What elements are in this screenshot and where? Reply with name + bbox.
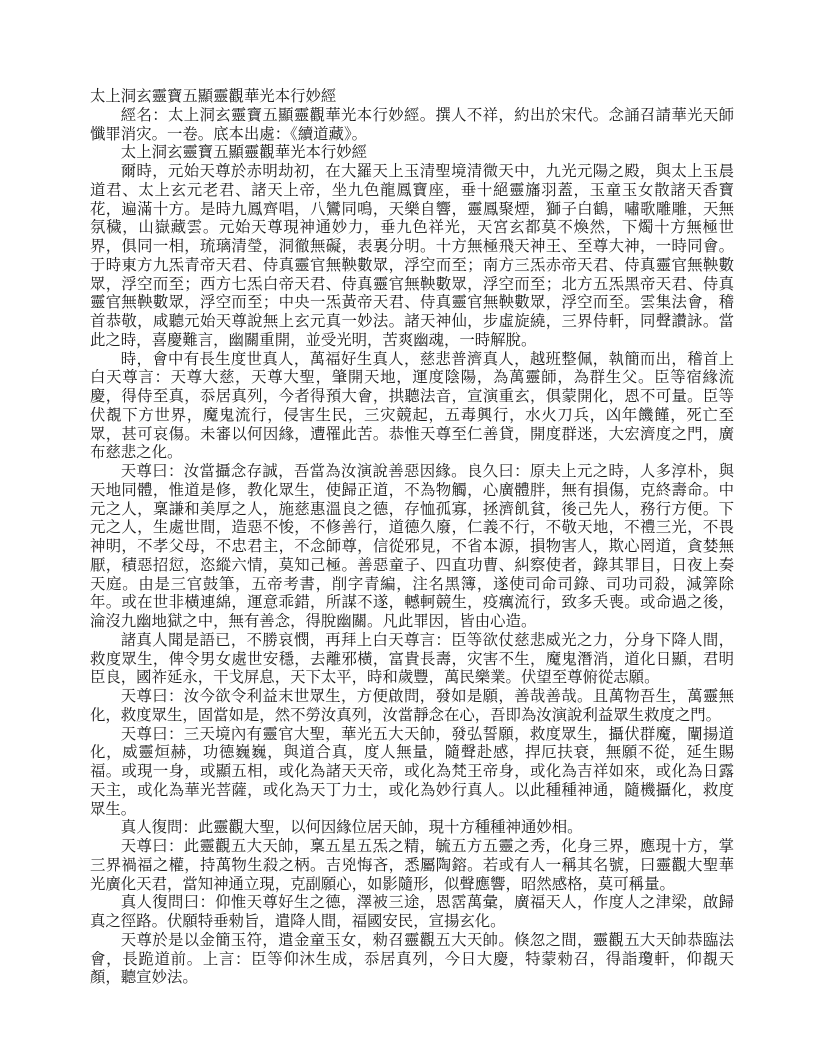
paragraph-scripture-heading: 太上洞玄靈寶五顯靈觀華光本行妙經 (90, 144, 734, 163)
paragraph: 天尊曰：汝今欲令利益末世眾生，方便啟問，發如是願，善哉善哉。且萬物吾生，萬靈無化… (90, 688, 734, 726)
paragraph: 天尊曰：三天境內有靈官大聖，華光五大天帥，發弘誓願，救度眾生，攝伏群魔，闡揚道化… (90, 726, 734, 820)
paragraph: 天尊曰：此靈觀五大天帥，稟五星五炁之精，毓五方五靈之秀，化身三界，應現十方，掌三… (90, 838, 734, 894)
document-page: 太上洞玄靈寶五顯靈觀華光本行妙經 經名：太上洞玄靈寶五顯靈觀華光本行妙經。撰人不… (90, 88, 734, 988)
paragraph: 真人復問曰：仰惟天尊好生之德，澤被三途，恩霑萬彙，廣福天人，作度人之津梁，啟歸真… (90, 894, 734, 932)
paragraph: 真人復問：此靈觀大聖，以何因緣位居天帥，現十方種種神通妙相。 (90, 819, 734, 838)
paragraph: 天尊於是以金簡玉符，遣金童玉女，勑召靈觀五大天帥。倏忽之間，靈觀五大天帥恭臨法會… (90, 932, 734, 988)
paragraph: 諸真人聞是語已，不勝哀憫，再拜上白天尊言：臣等欲仗慈悲威光之力，分身下降人間，救… (90, 632, 734, 688)
paragraph: 爾時，元始天尊於赤明劫初，在大羅天上玉清聖境清微天中，九光元陽之殿，與太上玉晨道… (90, 163, 734, 351)
document-title: 太上洞玄靈寶五顯靈觀華光本行妙經 (90, 88, 734, 107)
paragraph-scripture-note: 經名：太上洞玄靈寶五顯靈觀華光本行妙經。撰人不祥，約出於宋代。念誦召請華光天師懺… (90, 107, 734, 145)
paragraph: 時，會中有長生度世真人，萬福好生真人，慈悲普濟真人，越班整佩，執簡而出，稽首上白… (90, 351, 734, 464)
paragraph: 天尊曰：汝當攝念存誠，吾當為汝演說善惡因緣。良久曰：原夫上元之時，人多淳朴，與天… (90, 463, 734, 632)
